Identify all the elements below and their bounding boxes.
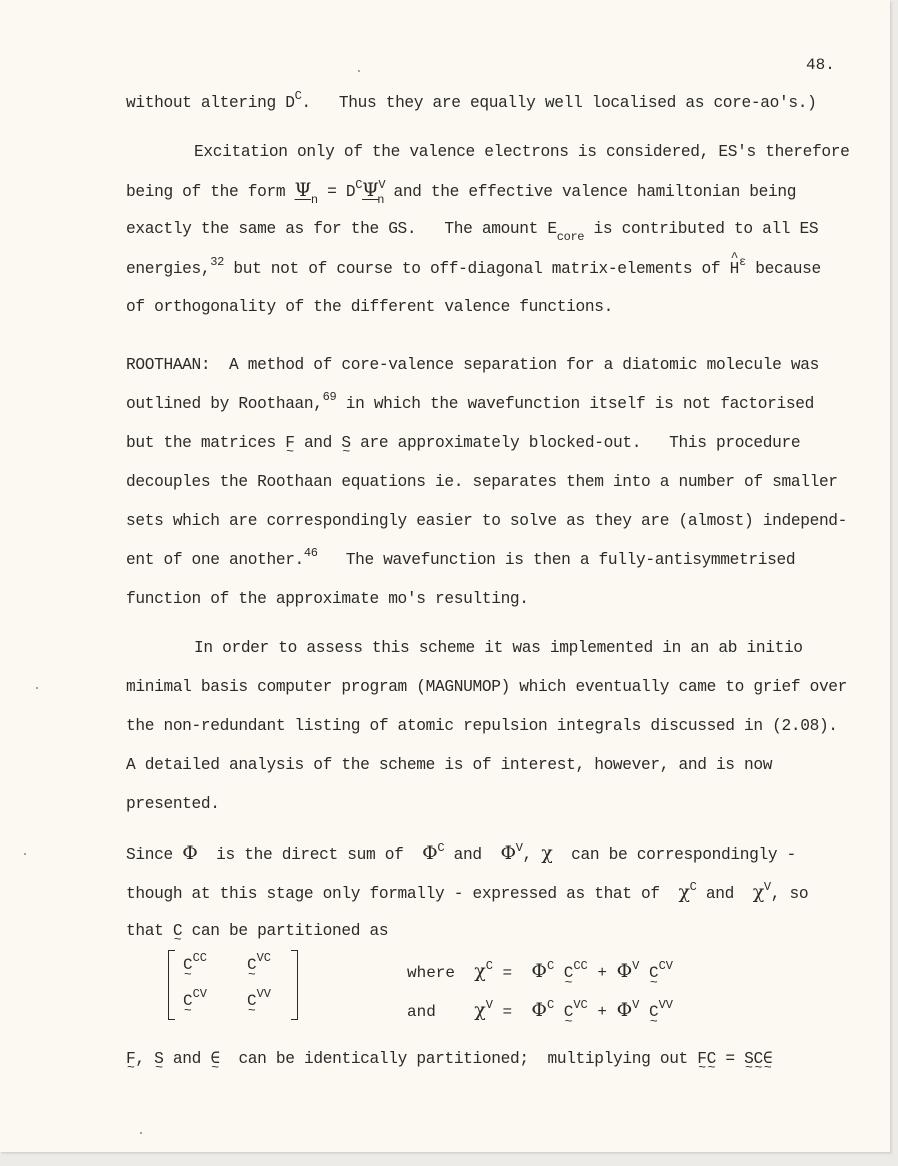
text-line: Excitation only of the valence electrons… — [194, 142, 850, 162]
text: without altering D — [126, 94, 295, 112]
superscript: V — [632, 998, 639, 1012]
subscript: core — [557, 230, 584, 244]
chi-symbol: χ — [474, 999, 486, 1021]
text: that — [126, 922, 173, 940]
phi-symbol: Φ — [500, 842, 515, 864]
page-number: 48. — [806, 56, 835, 74]
text: in which the wavefunction itself is not … — [336, 395, 814, 413]
chi-symbol: χ — [474, 960, 486, 982]
text-line: exactly the same as for the GS. The amou… — [126, 219, 818, 239]
text-line: ent of one another.46 The wavefunction i… — [126, 550, 795, 570]
text: and — [295, 434, 342, 452]
matrix-symbol: F — [126, 1049, 135, 1069]
superscript: C — [690, 880, 697, 894]
superscript: C — [355, 178, 362, 192]
superscript: CV — [659, 959, 673, 973]
matrix-symbol: C — [707, 1049, 716, 1069]
chi-symbol: χ — [678, 881, 689, 903]
subscript: n — [311, 193, 318, 207]
superscript: C — [486, 959, 493, 973]
phi-symbol: Φ — [531, 960, 547, 982]
text-line: though at this stage only formally - exp… — [126, 882, 808, 904]
superscript: V — [378, 178, 385, 192]
matrix-cell: CCV — [183, 992, 207, 1010]
equation-chi-c: where χC = ΦC CCC + ΦV CCV — [407, 960, 673, 982]
text: and — [697, 885, 753, 903]
matrix-symbol: C — [247, 992, 257, 1010]
phi-symbol: Φ — [422, 842, 437, 864]
superscript: VC — [257, 951, 271, 965]
text: ent of one another. — [126, 551, 304, 569]
text: can be correspondingly - — [552, 846, 795, 864]
matrix-symbol: ∈ — [763, 1049, 772, 1069]
text: , — [523, 846, 542, 864]
text-line: decouples the Roothaan equations ie. sep… — [126, 472, 838, 492]
matrix-cell: CVC — [247, 956, 271, 974]
psi-symbol: Ψ — [295, 179, 311, 201]
text: , — [135, 1050, 154, 1068]
text: can be partitioned as — [182, 922, 388, 940]
text: being of the form — [126, 183, 295, 201]
superscript: V — [632, 959, 639, 973]
superscript: V — [516, 841, 523, 855]
superscript: ε — [739, 255, 746, 269]
text-line: presented. — [126, 794, 220, 814]
superscript: VV — [257, 987, 271, 1001]
text-line: outlined by Roothaan,69 in which the wav… — [126, 394, 814, 414]
superscript: 69 — [323, 390, 337, 404]
matrix-symbol: C — [564, 1003, 574, 1021]
superscript: VC — [573, 998, 587, 1012]
text-line: energies,32 but not of course to off-dia… — [126, 259, 821, 279]
superscript: V — [486, 998, 493, 1012]
paper-speck — [24, 853, 26, 855]
superscript: C — [295, 89, 302, 103]
superscript: CC — [193, 951, 207, 965]
text: + — [597, 964, 607, 982]
partitioned-matrix: CCC CVC CCV CVV — [168, 950, 298, 1020]
chi-symbol: χ — [541, 842, 552, 864]
matrix-symbol: C — [649, 964, 659, 982]
text-line: the non-redundant listing of atomic repu… — [126, 716, 838, 736]
text-line: being of the form Ψn = DCΨVn and the eff… — [126, 180, 796, 202]
psi-symbol: Ψ — [362, 179, 378, 201]
superscript: V — [764, 880, 771, 894]
text-line: F, S and ∈ can be identically partitione… — [126, 1049, 772, 1069]
text: energies, — [126, 260, 210, 278]
superscript: VV — [659, 998, 673, 1012]
matrix-symbol: S — [744, 1049, 753, 1069]
matrix-cell: CVV — [247, 992, 271, 1010]
text: , so — [771, 885, 808, 903]
text-line: that C can be partitioned as — [126, 921, 388, 941]
text-line: without altering DC. Thus they are equal… — [126, 93, 816, 113]
superscript: C — [437, 841, 444, 855]
matrix-symbol: C — [754, 1049, 763, 1069]
matrix-symbol: F — [285, 433, 294, 453]
text: + — [597, 1003, 607, 1021]
text: are approximately blocked-out. This proc… — [351, 434, 800, 452]
matrix-symbol: ∈ — [210, 1049, 219, 1069]
superscript: CV — [193, 987, 207, 1001]
text: but the matrices — [126, 434, 285, 452]
document-page: 48. without altering DC. Thus they are e… — [0, 0, 890, 1152]
text: can be identically partitioned; multiply… — [220, 1050, 698, 1068]
superscript: 32 — [210, 255, 224, 269]
text-line: function of the approximate mo's resulti… — [126, 589, 529, 609]
text: = — [503, 1003, 513, 1021]
matrix-symbol: C — [183, 992, 193, 1010]
text: Since — [126, 846, 182, 864]
text: The wavefunction is then a fully-antisym… — [318, 551, 796, 569]
text: is the direct sum of — [197, 846, 422, 864]
phi-symbol: Φ — [531, 999, 547, 1021]
text-line: sets which are correspondingly easier to… — [126, 511, 847, 531]
superscript: C — [547, 959, 554, 973]
matrix-cell: CCC — [183, 956, 207, 974]
text-line: but the matrices F and S are approximate… — [126, 433, 800, 453]
text: = — [503, 964, 513, 982]
matrix-symbol: S — [154, 1049, 163, 1069]
text-line: Since Φ is the direct sum of ΦC and ΦV, … — [126, 843, 796, 865]
text: where — [407, 964, 455, 982]
phi-symbol: Φ — [617, 960, 633, 982]
text: and — [163, 1050, 210, 1068]
phi-symbol: Φ — [617, 999, 633, 1021]
paper-speck — [36, 687, 38, 689]
text-line: minimal basis computer program (MAGNUMOP… — [126, 677, 847, 697]
text: = — [716, 1050, 744, 1068]
paper-speck — [358, 70, 360, 72]
text: though at this stage only formally - exp… — [126, 885, 678, 903]
matrix-symbol: C — [183, 956, 193, 974]
text: and — [444, 846, 500, 864]
matrix-symbol: C — [173, 921, 182, 941]
text: . Thus they are equally well localised a… — [301, 94, 816, 112]
matrix-symbol: S — [341, 433, 350, 453]
text-line: ROOTHAAN: A method of core-valence separ… — [126, 355, 819, 375]
text: exactly the same as for the GS. The amou… — [126, 220, 557, 238]
chi-symbol: χ — [753, 881, 764, 903]
superscript: C — [547, 998, 554, 1012]
matrix-symbol: C — [247, 956, 257, 974]
text: outlined by Roothaan, — [126, 395, 323, 413]
phi-symbol: Φ — [182, 842, 197, 864]
paper-speck — [140, 1132, 142, 1134]
subscript: n — [377, 193, 384, 207]
hamiltonian-symbol: H — [730, 259, 739, 279]
text: and — [407, 1003, 436, 1021]
text: because — [746, 260, 821, 278]
text: is contributed to all ES — [584, 220, 818, 238]
superscript: CC — [573, 959, 587, 973]
superscript: 46 — [304, 546, 318, 560]
text: but not of course to off-diagonal matrix… — [224, 260, 730, 278]
matrix-symbol: C — [649, 1003, 659, 1021]
text: = D — [318, 183, 355, 201]
equation-chi-v: and χV = ΦC CVC + ΦV CVV — [407, 999, 673, 1021]
matrix-symbol: F — [697, 1049, 706, 1069]
text-line: A detailed analysis of the scheme is of … — [126, 755, 772, 775]
text-line: of orthogonality of the different valenc… — [126, 297, 613, 317]
matrix-symbol: C — [564, 964, 574, 982]
text-line: In order to assess this scheme it was im… — [194, 638, 803, 658]
text: and the effective valence hamiltonian be… — [384, 183, 796, 201]
